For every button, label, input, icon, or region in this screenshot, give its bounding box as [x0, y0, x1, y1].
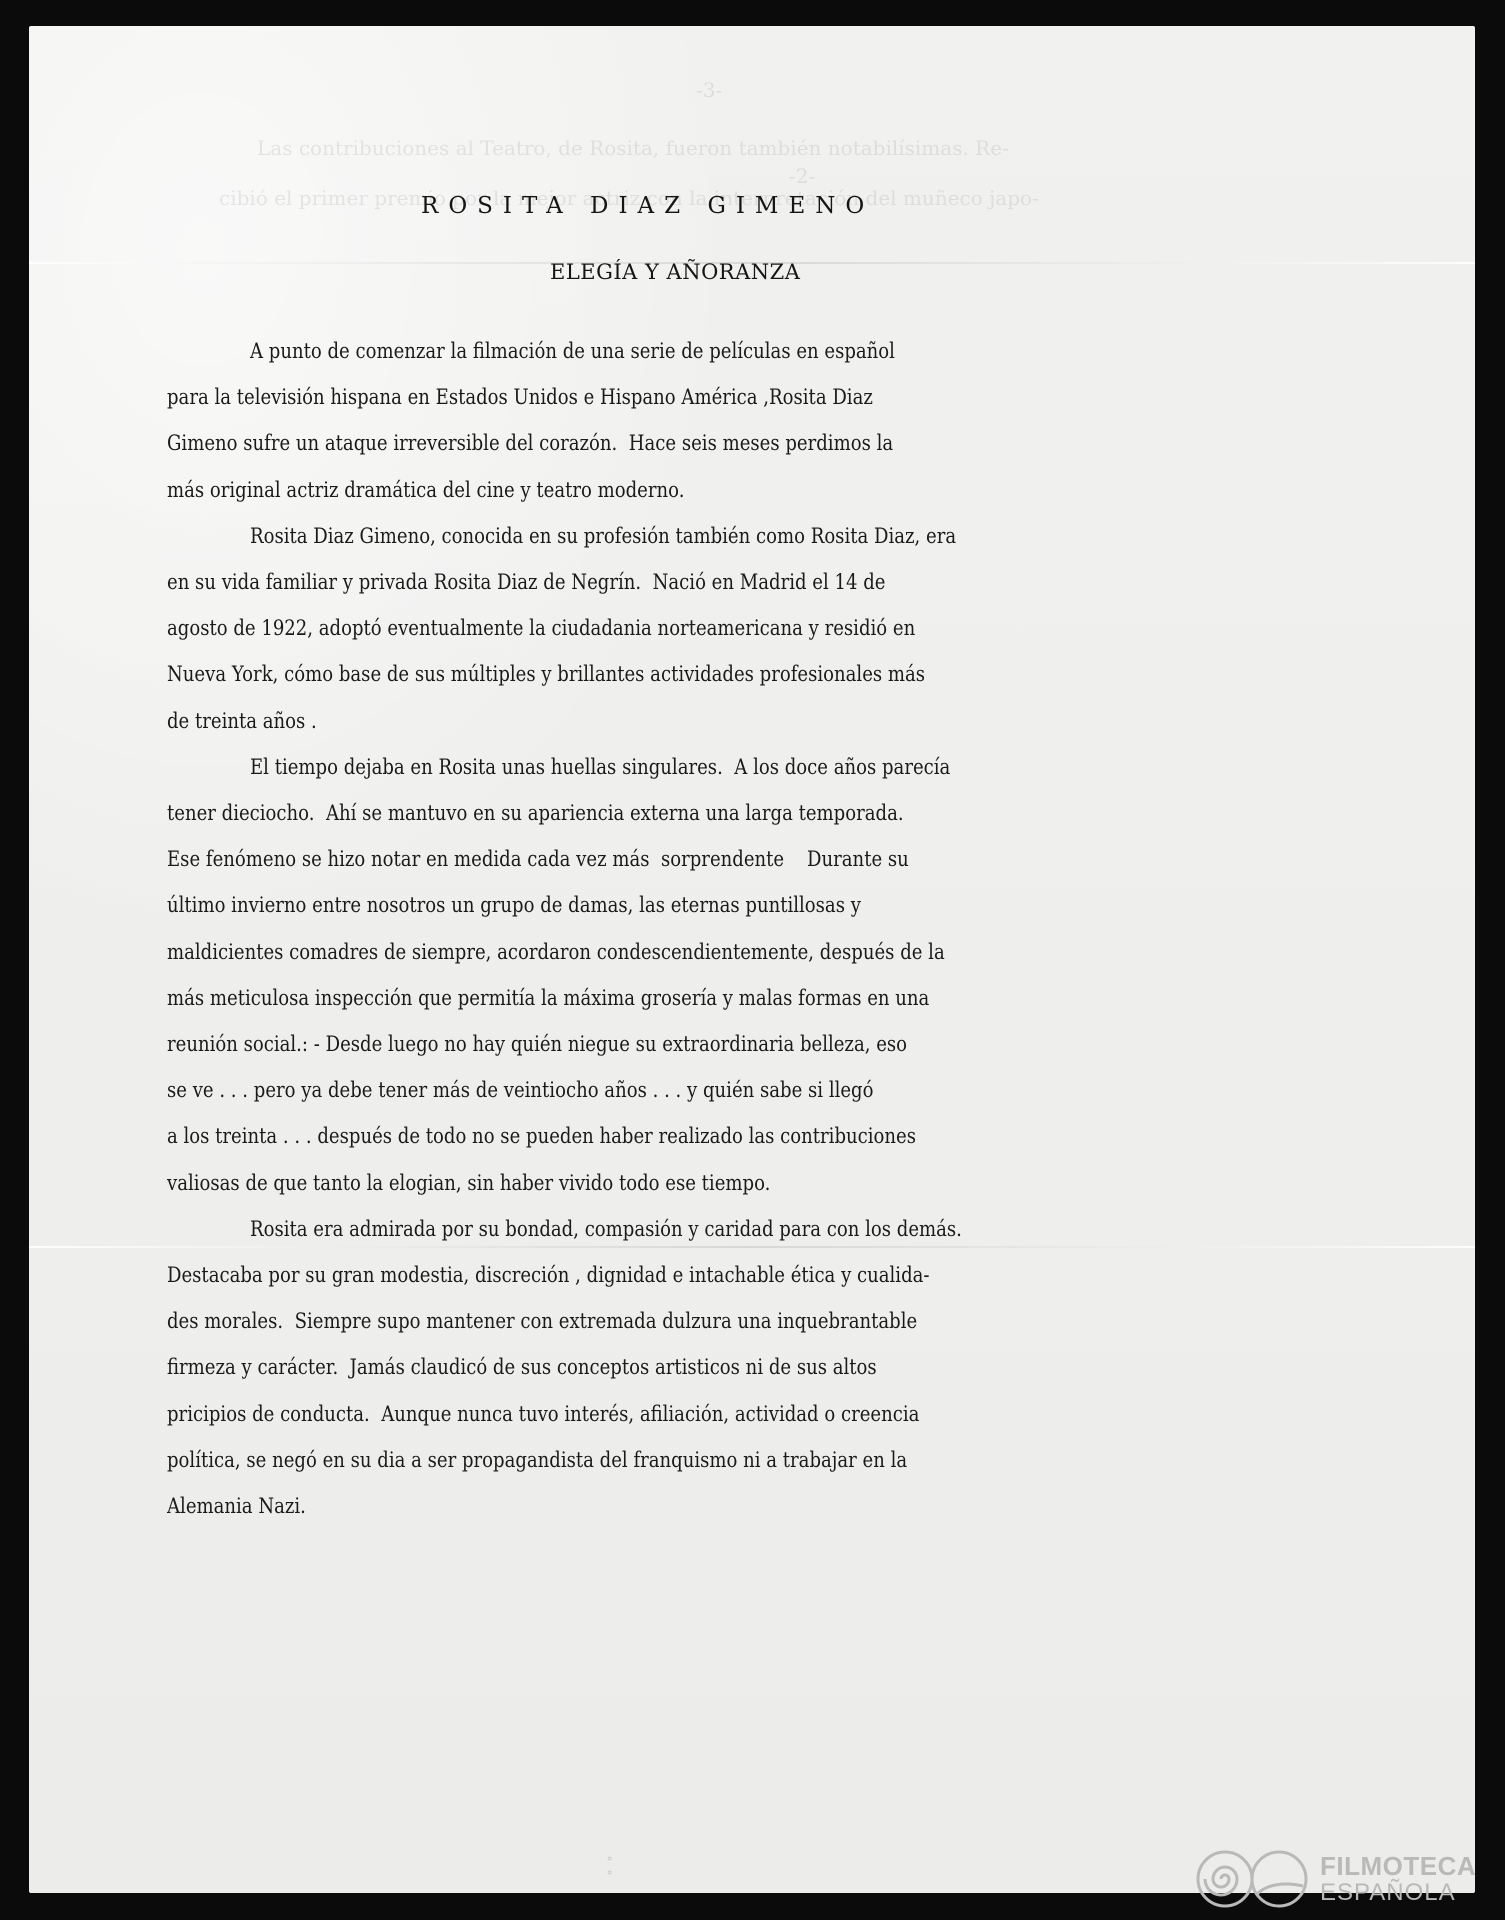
watermark-logo: FILMOTECA ESPAÑOLA — [1195, 1848, 1476, 1910]
bleed-page-number: -3- — [696, 78, 722, 102]
text-line: agosto de 1922, adoptó eventualmente la … — [167, 616, 915, 640]
text-line: para la televisión hispana en Estados Un… — [167, 385, 873, 409]
text-line: más original actriz dramática del cine y… — [167, 478, 684, 502]
text-line: se ve . . . pero ya debe tener más de ve… — [167, 1078, 874, 1102]
text-line: A punto de comenzar la filmación de una … — [250, 339, 895, 363]
text-line: Nueva York, cómo base de sus múltiples y… — [167, 662, 925, 686]
text-line: Ese fenómeno se hizo notar en medida cad… — [167, 847, 909, 871]
text-line: Rosita era admirada por su bondad, compa… — [250, 1217, 962, 1241]
bleed-page-number: -2- — [789, 164, 815, 188]
text-line: maldicientes comadres de siempre, acorda… — [167, 940, 945, 964]
text-line: Destacaba por su gran modestia, discreci… — [167, 1263, 930, 1287]
text-line: valiosas de que tanto la elogian, sin ha… — [167, 1171, 770, 1195]
text-line: en su vida familiar y privada Rosita Dia… — [167, 570, 885, 594]
text-line: firmeza y carácter. Jamás claudicó de su… — [167, 1355, 877, 1379]
watermark-text: FILMOTECA ESPAÑOLA — [1320, 1853, 1476, 1905]
bleed-text-line: Las contribuciones al Teatro, de Rosita,… — [257, 136, 1009, 160]
text-line: Rosita Diaz Gimeno, conocida en su profe… — [250, 524, 956, 548]
text-line: tener dieciocho. Ahí se mantuvo en su ap… — [167, 801, 904, 825]
page-mark: °° — [606, 1855, 613, 1883]
text-line: pricipios de conducta. Aunque nunca tuvo… — [167, 1402, 919, 1426]
text-line: Alemania Nazi. — [167, 1494, 306, 1518]
spiral-logo-icon — [1195, 1848, 1310, 1910]
text-line: más meticulosa inspección que permitía l… — [167, 986, 929, 1010]
text-line: reunión social.: - Desde luego no hay qu… — [167, 1032, 907, 1056]
text-line: política, se negó en su dia a ser propag… — [167, 1448, 907, 1472]
document-subtitle: ELEGÍA Y AÑORANZA — [550, 260, 800, 284]
paper-fold — [29, 1246, 1475, 1248]
text-line: de treinta años . — [167, 709, 317, 733]
text-line: des morales. Siempre supo mantener con e… — [167, 1309, 917, 1333]
text-line: a los treinta . . . después de todo no s… — [167, 1124, 916, 1148]
text-line: El tiempo dejaba en Rosita unas huellas … — [250, 755, 950, 779]
document-title: ROSITA DIAZ GIMENO — [421, 193, 874, 219]
text-line: Gimeno sufre un ataque irreversible del … — [167, 431, 893, 455]
watermark-line1: FILMOTECA — [1320, 1853, 1476, 1879]
watermark-line2: ESPAÑOLA — [1320, 1881, 1476, 1905]
text-line: último invierno entre nosotros un grupo … — [167, 893, 861, 917]
